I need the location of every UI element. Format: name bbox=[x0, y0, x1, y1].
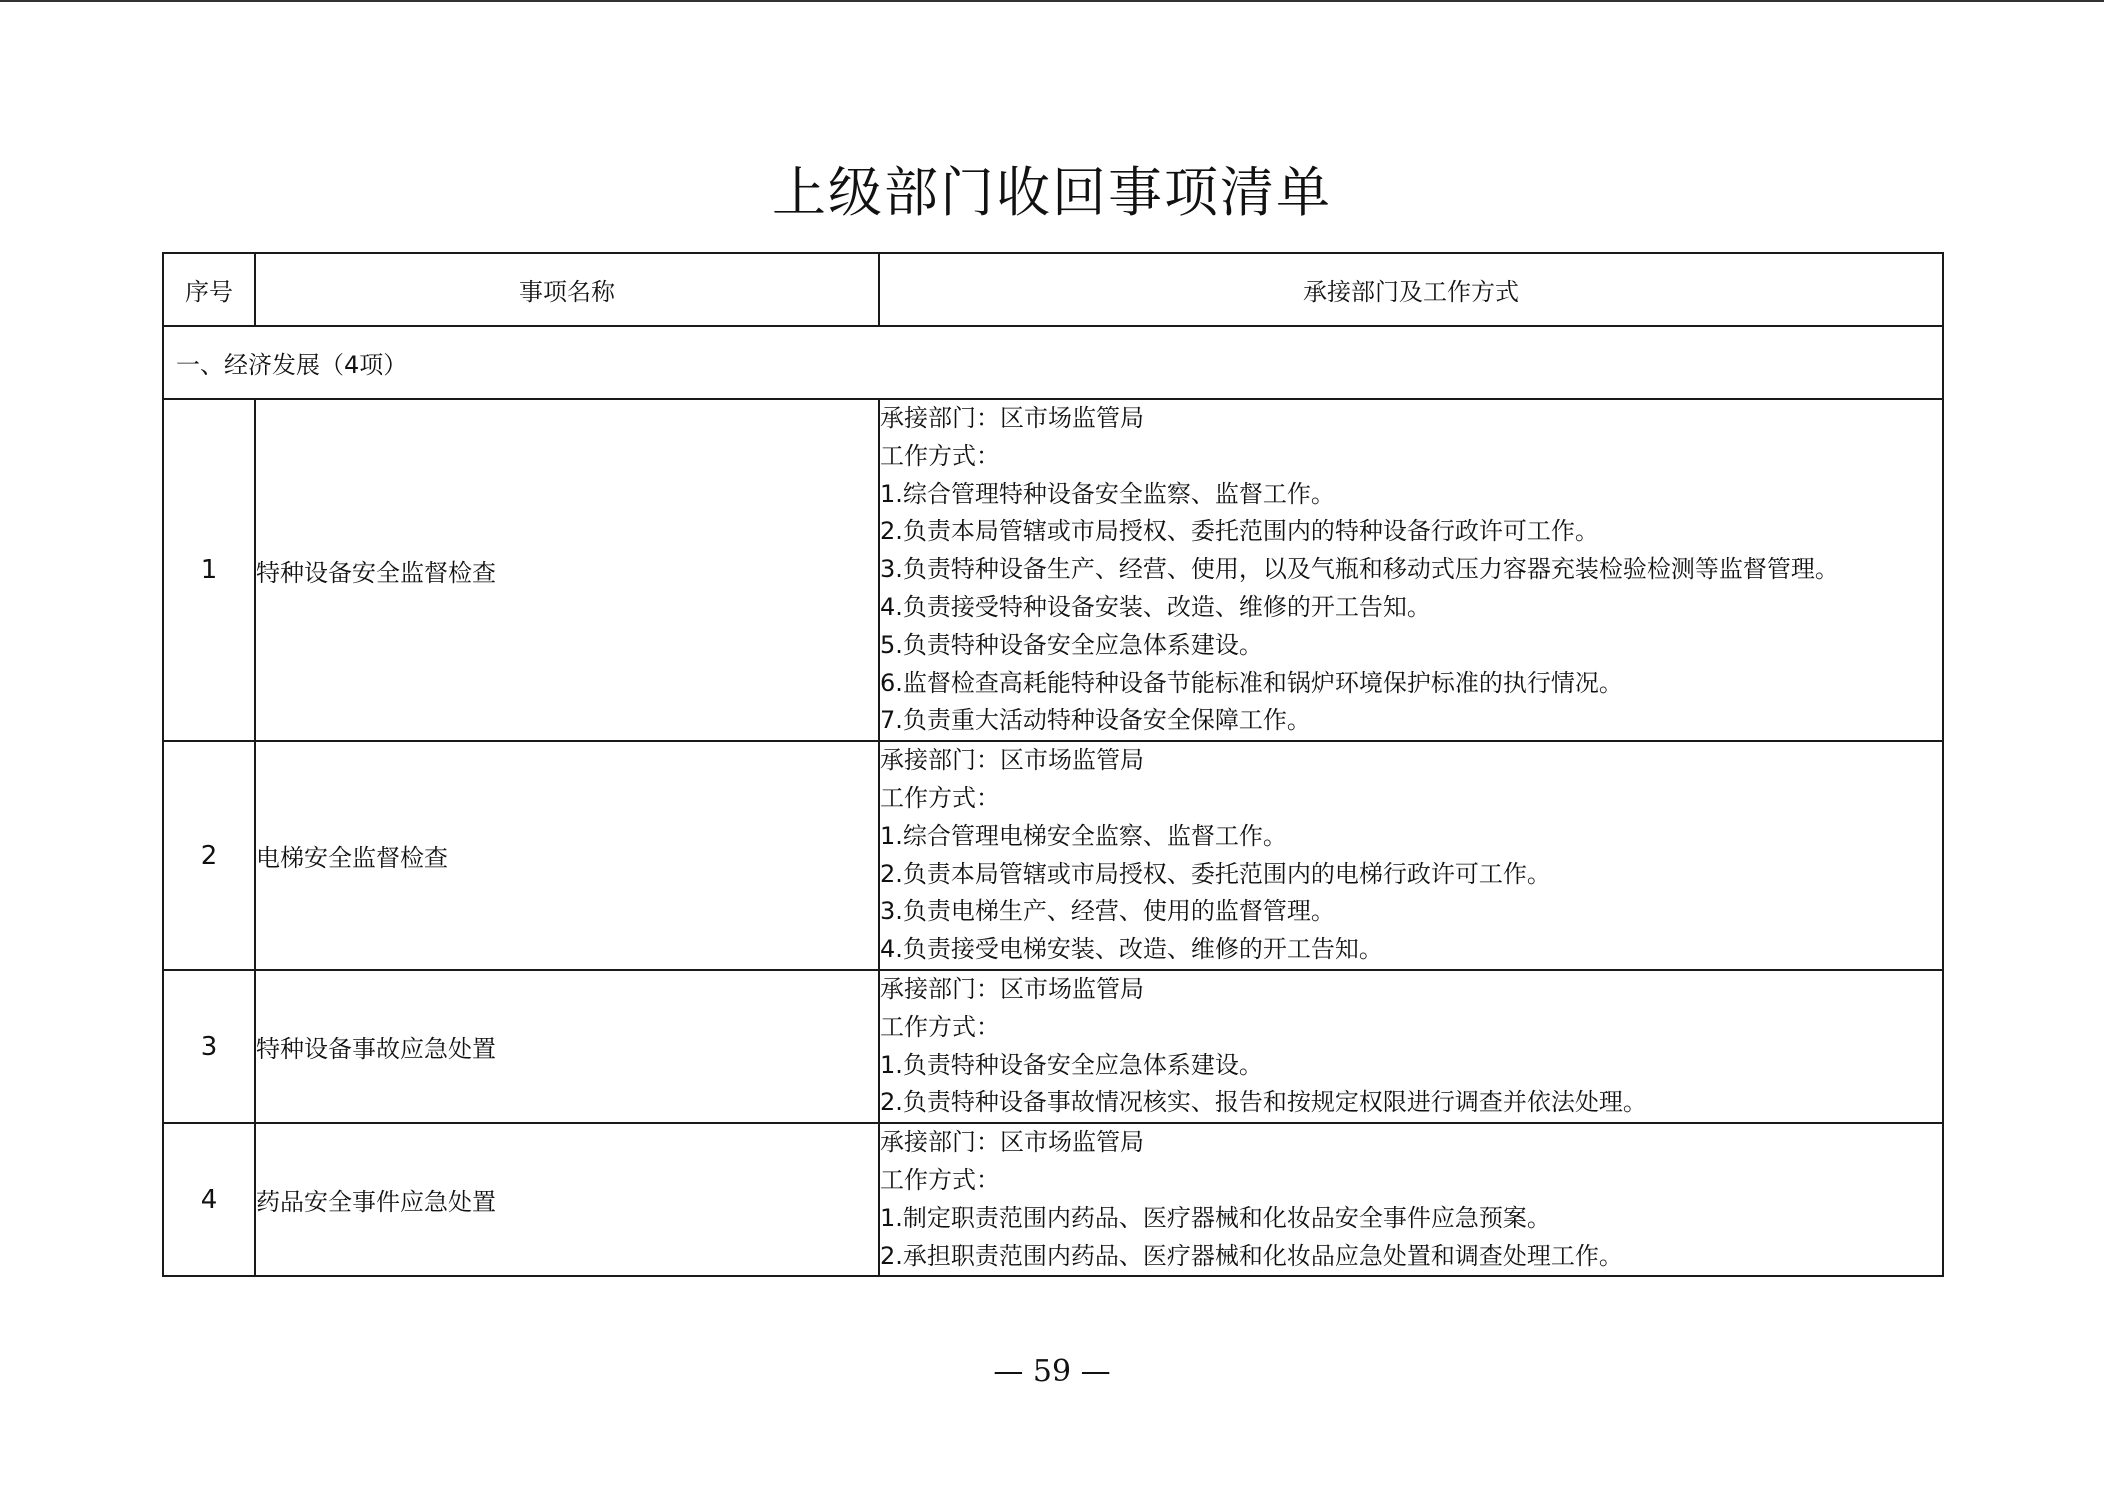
items-table: 序号 事项名称 承接部门及工作方式 一、经济发展（4项） 1 特种设备安全监督检… bbox=[162, 252, 1944, 1277]
row-number: 4 bbox=[163, 1123, 255, 1276]
document-title: 上级部门收回事项清单 bbox=[0, 158, 2104, 228]
detail-line: 1.制定职责范围内药品、医疗器械和化妆品安全事件应急预案。 bbox=[880, 1200, 1942, 1238]
item-name: 特种设备事故应急处置 bbox=[255, 970, 879, 1123]
header-detail: 承接部门及工作方式 bbox=[879, 253, 1943, 326]
detail-line: 2.负责特种设备事故情况核实、报告和按规定权限进行调查并依法处理。 bbox=[880, 1084, 1942, 1122]
page-number: — 59 — bbox=[0, 1352, 2104, 1392]
item-name: 药品安全事件应急处置 bbox=[255, 1123, 879, 1276]
detail-line: 5.负责特种设备安全应急体系建设。 bbox=[880, 627, 1942, 665]
detail-line: 3.负责特种设备生产、经营、使用，以及气瓶和移动式压力容器充装检验检测等监督管理… bbox=[880, 551, 1942, 589]
item-detail: 承接部门：区市场监管局 工作方式： 1.综合管理特种设备安全监察、监督工作。 2… bbox=[879, 399, 1943, 741]
detail-line: 4.负责接受特种设备安装、改造、维修的开工告知。 bbox=[880, 589, 1942, 627]
table-row: 3 特种设备事故应急处置 承接部门：区市场监管局 工作方式： 1.负责特种设备安… bbox=[163, 970, 1943, 1123]
detail-line: 承接部门：区市场监管局 bbox=[880, 742, 1942, 780]
detail-line: 2.负责本局管辖或市局授权、委托范围内的特种设备行政许可工作。 bbox=[880, 513, 1942, 551]
detail-line: 1.负责特种设备安全应急体系建设。 bbox=[880, 1047, 1942, 1085]
detail-line: 工作方式： bbox=[880, 780, 1942, 818]
detail-line: 工作方式： bbox=[880, 438, 1942, 476]
detail-line: 工作方式： bbox=[880, 1162, 1942, 1200]
item-name: 电梯安全监督检查 bbox=[255, 741, 879, 970]
detail-line: 1.综合管理电梯安全监察、监督工作。 bbox=[880, 818, 1942, 856]
detail-line: 7.负责重大活动特种设备安全保障工作。 bbox=[880, 702, 1942, 740]
table-row: 1 特种设备安全监督检查 承接部门：区市场监管局 工作方式： 1.综合管理特种设… bbox=[163, 399, 1943, 741]
row-number: 1 bbox=[163, 399, 255, 741]
header-name: 事项名称 bbox=[255, 253, 879, 326]
detail-line: 1.综合管理特种设备安全监察、监督工作。 bbox=[880, 476, 1942, 514]
detail-line: 2.负责本局管辖或市局授权、委托范围内的电梯行政许可工作。 bbox=[880, 856, 1942, 894]
detail-line: 4.负责接受电梯安装、改造、维修的开工告知。 bbox=[880, 931, 1942, 969]
detail-line: 工作方式： bbox=[880, 1009, 1942, 1047]
detail-line: 3.负责电梯生产、经营、使用的监督管理。 bbox=[880, 893, 1942, 931]
detail-line: 承接部门：区市场监管局 bbox=[880, 971, 1942, 1009]
detail-line: 承接部门：区市场监管局 bbox=[880, 400, 1942, 438]
header-no: 序号 bbox=[163, 253, 255, 326]
table-row: 2 电梯安全监督检查 承接部门：区市场监管局 工作方式： 1.综合管理电梯安全监… bbox=[163, 741, 1943, 970]
section-row: 一、经济发展（4项） bbox=[163, 326, 1943, 399]
detail-line: 6.监督检查高耗能特种设备节能标准和锅炉环境保护标准的执行情况。 bbox=[880, 665, 1942, 703]
row-number: 2 bbox=[163, 741, 255, 970]
detail-line: 2.承担职责范围内药品、医疗器械和化妆品应急处置和调查处理工作。 bbox=[880, 1238, 1942, 1276]
row-number: 3 bbox=[163, 970, 255, 1123]
page-top-rule bbox=[0, 0, 2104, 2]
item-name: 特种设备安全监督检查 bbox=[255, 399, 879, 741]
table-header-row: 序号 事项名称 承接部门及工作方式 bbox=[163, 253, 1943, 326]
detail-line: 承接部门：区市场监管局 bbox=[880, 1124, 1942, 1162]
item-detail: 承接部门：区市场监管局 工作方式： 1.负责特种设备安全应急体系建设。 2.负责… bbox=[879, 970, 1943, 1123]
item-detail: 承接部门：区市场监管局 工作方式： 1.制定职责范围内药品、医疗器械和化妆品安全… bbox=[879, 1123, 1943, 1276]
table-row: 4 药品安全事件应急处置 承接部门：区市场监管局 工作方式： 1.制定职责范围内… bbox=[163, 1123, 1943, 1276]
item-detail: 承接部门：区市场监管局 工作方式： 1.综合管理电梯安全监察、监督工作。 2.负… bbox=[879, 741, 1943, 970]
section-label: 一、经济发展（4项） bbox=[163, 326, 1943, 399]
